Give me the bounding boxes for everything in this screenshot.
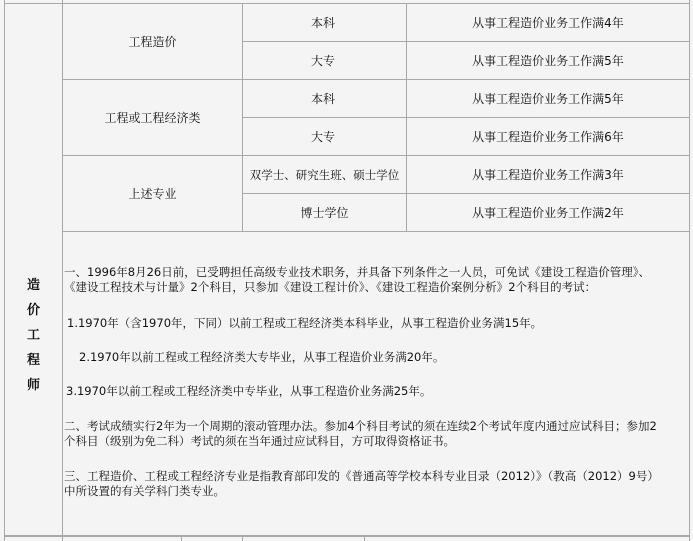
requirement-cell: 从事工程造价业务工作满2年 [407, 194, 690, 232]
note-2-line-1: 二、考试成绩实行2年为一个周期的滚动管理办法。参加4个科目考试的须在连续2个考试… [64, 420, 685, 433]
degree-cell: 本科 [243, 4, 407, 42]
requirement-cell: 从事工程造价业务工作满5年 [407, 80, 690, 118]
divider [62, 536, 63, 541]
note-1-item-1: 1.1970年（含1970年，下同）以前工程或工程经济类本科毕业，从事工程造价业… [67, 317, 685, 330]
requirement-cell: 从事工程造价业务工作满3年 [407, 156, 690, 194]
side-label-char: 造 [27, 277, 40, 295]
requirement-label: 从事工程造价业务工作满5年 [472, 90, 624, 107]
degree-cell: 大专 [243, 118, 407, 156]
category-label: 工程或工程经济类 [104, 109, 200, 126]
category-label: 上述专业 [128, 185, 176, 202]
requirement-label: 从事工程造价业务工作满2年 [472, 204, 624, 221]
side-label-char: 程 [27, 352, 40, 370]
category-cell: 工程或工程经济类 [63, 80, 243, 156]
degree-label: 本科 [311, 14, 335, 31]
degree-cell: 本科 [243, 80, 407, 118]
degree-label: 本科 [311, 90, 335, 107]
requirement-cell: 从事工程造价业务工作满6年 [407, 118, 690, 156]
note-2-line-2: 个科目（级别为免二科）考试的须在当年通过应试科目，方可取得资格证书。 [64, 435, 685, 448]
side-label-char: 价 [27, 302, 40, 320]
category-label: 工程造价 [128, 33, 176, 50]
requirement-label: 从事工程造价业务工作满6年 [472, 128, 624, 145]
category-cell: 工程造价 [63, 4, 243, 80]
degree-label: 双学士、研究生班、硕士学位 [250, 167, 400, 183]
note-1-line-1: 一、1996年8月26日前，已受聘担任高级专业技术职务，并具备下列条件之一人员，… [64, 266, 685, 279]
degree-label: 大专 [311, 128, 335, 145]
side-label-char: 工 [27, 327, 40, 345]
category-cell: 上述专业 [63, 156, 243, 232]
degree-cell: 大专 [243, 42, 407, 80]
requirement-label: 从事工程造价业务工作满3年 [472, 166, 624, 183]
qualification-table: 造 价 工 程 师 工程造价 本科 从事工程造价业务工作满4年 大专 从事工程造… [0, 0, 693, 541]
degree-cell: 博士学位 [243, 194, 407, 232]
requirement-cell: 从事工程造价业务工作满5年 [407, 42, 690, 80]
note-1-item-3: 3.1970年以前工程或工程经济类中专毕业，从事工程造价业务满25年。 [66, 385, 685, 398]
requirement-label: 从事工程造价业务工作满5年 [472, 52, 624, 69]
notes-cell: 一、1996年8月26日前，已受聘担任高级专业技术职务，并具备下列条件之一人员，… [63, 232, 690, 536]
note-1-item-2: 2.1970年以前工程或工程经济类大专毕业，从事工程造价业务满20年。 [79, 351, 685, 364]
divider [364, 536, 365, 541]
side-label-char: 师 [27, 377, 40, 395]
note-1-line-2: 《建设工程技术与计量》2个科目，只参加《建设工程计价》、《建设工程造价案例分析》… [64, 281, 685, 294]
side-label-cell: 造 价 工 程 师 [5, 4, 63, 536]
degree-cell: 双学士、研究生班、硕士学位 [243, 156, 407, 194]
requirement-cell: 从事工程造价业务工作满4年 [407, 4, 690, 42]
note-3-line-2: 中所设置的有关学科门类专业。 [64, 485, 685, 498]
degree-label: 大专 [311, 52, 335, 69]
requirement-label: 从事工程造价业务工作满4年 [472, 14, 624, 31]
divider [181, 536, 182, 541]
note-3-line-1: 三、工程造价、工程或工程经济专业是指教育部印发的《普通高等学校本科专业目录（20… [64, 470, 685, 483]
divider [4, 536, 690, 537]
divider [242, 536, 243, 541]
degree-label: 博士学位 [300, 204, 348, 221]
